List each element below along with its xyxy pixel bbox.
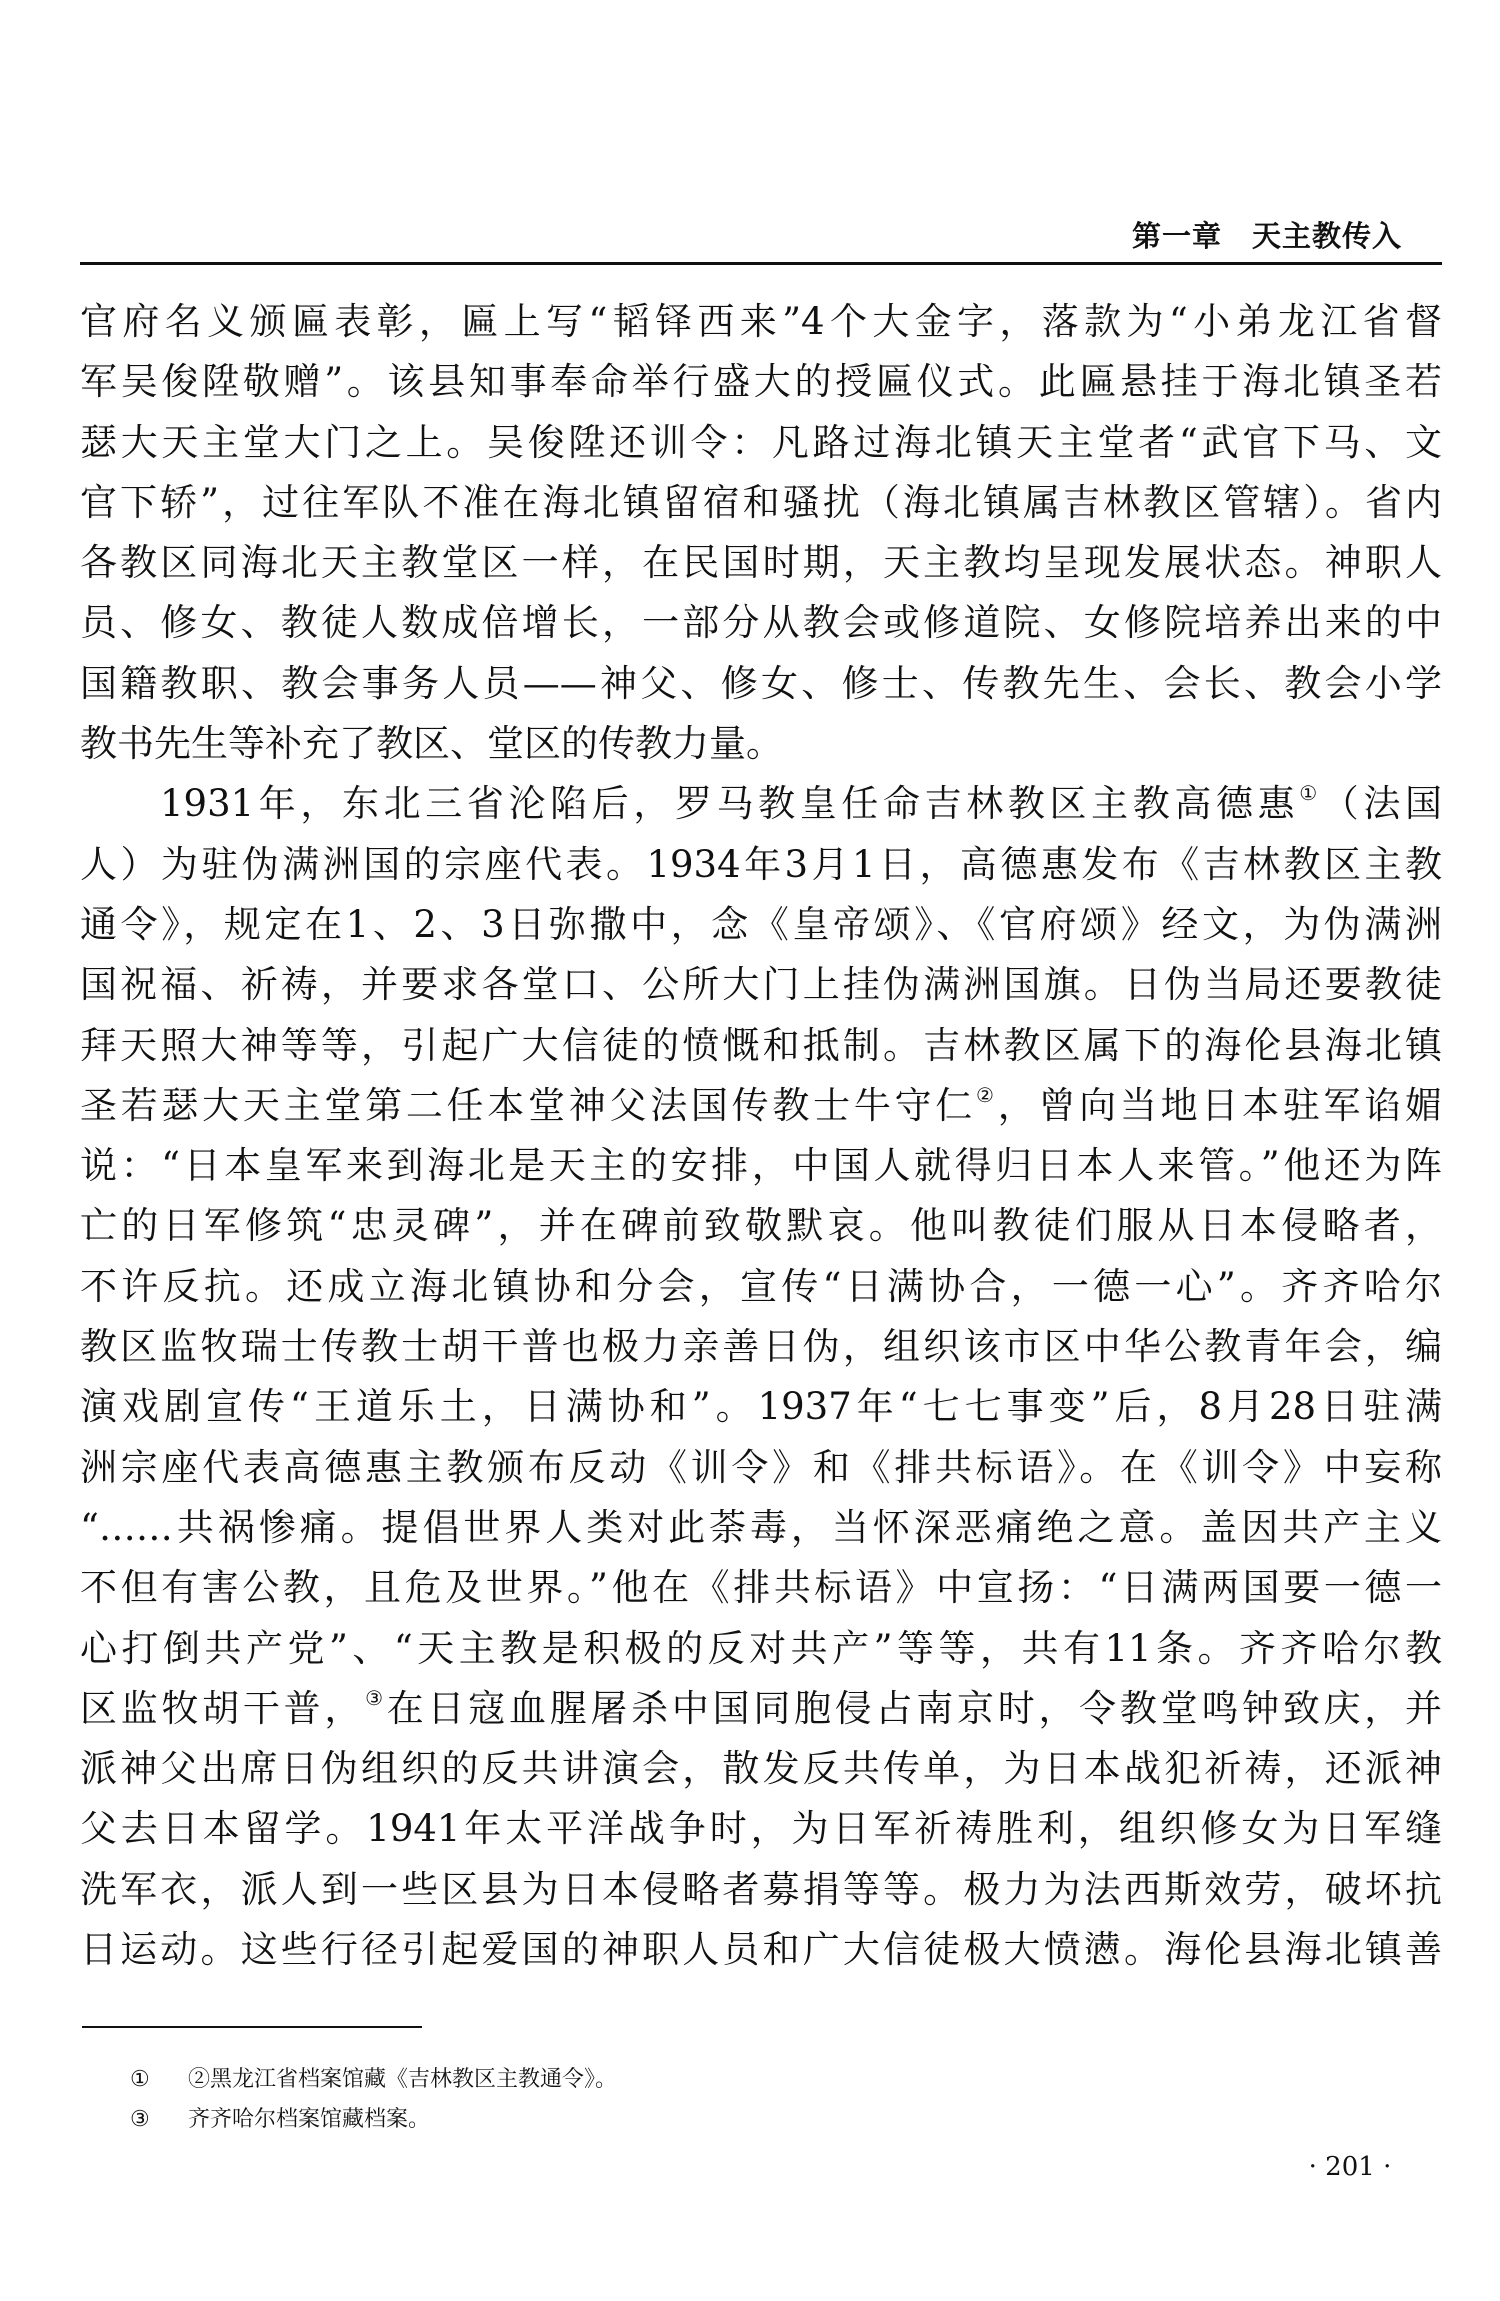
footnote-item: ③ 齐齐哈尔档案馆藏档案。 [130,2100,617,2140]
text-line: 区监牧胡干普，③在日寇血腥屠杀中国同胞侵占南京时，令教堂鸣钟致庆，并 [80,1679,1442,1739]
text-line: 演戏剧宣传“王道乐土，日满协和”。1937年“七七事变”后，8月28日驻满 [80,1377,1442,1437]
footnote-ref-3[interactable]: ③ [365,1686,387,1710]
footnote-rule [82,2026,422,2028]
text-line: 军吴俊陞敬赠”。该县知事奉命举行盛大的授匾仪式。此匾悬挂于海北镇圣若 [80,352,1442,412]
text-segment: （法国 [1322,782,1442,825]
text-segment: 在日寇血腥屠杀中国同胞侵占南京时，令教堂鸣钟致庆，并 [387,1687,1442,1730]
text-line: 瑟大天主堂大门之上。吴俊陞还训令：凡路过海北镇天主堂者“武官下马、文 [80,413,1442,473]
text-line: 国籍教职、教会事务人员——神父、修女、修士、传教先生、会长、教会小学 [80,654,1442,714]
footnote-marker: ① [130,2060,188,2100]
text-line: 通令》，规定在1、2、3日弥撒中，念《皇帝颂》、《官府颂》经文，为伪满洲 [80,895,1442,955]
text-segment: 圣若瑟大天主堂第二任本堂神父法国传教士牛守仁 [80,1084,976,1127]
text-line: 官府名义颁匾表彰，匾上写“韬铎西来”4个大金字，落款为“小弟龙江省督 [80,292,1442,352]
footnote-ref-1[interactable]: ① [1299,781,1322,805]
footnote-marker: ③ [130,2100,188,2140]
text-line: 圣若瑟大天主堂第二任本堂神父法国传教士牛守仁②，曾向当地日本驻军谄媚 [80,1076,1442,1136]
footnote-text: 齐齐哈尔档案馆藏档案。 [188,2100,430,2140]
text-line: 人）为驻伪满洲国的宗座代表。1934年3月1日，高德惠发布《吉林教区主教 [80,835,1442,895]
text-line: 洗军衣，派人到一些区县为日本侵略者募捐等等。极力为法西斯效劳，破坏抗 [80,1860,1442,1920]
text-line: 派神父出席日伪组织的反共讲演会，散发反共传单，为日本战犯祈祷，还派神 [80,1739,1442,1799]
text-line: 日运动。这些行径引起爱国的神职人员和广大信徒极大愤懑。海伦县海北镇善 [80,1920,1442,1980]
footnote-text: ②黑龙江省档案馆藏《吉林教区主教通令》。 [188,2060,617,2100]
text-line: 说：“日本皇军来到海北是天主的安排，中国人就得归日本人来管。”他还为阵 [80,1136,1442,1196]
footnote-ref-2[interactable]: ② [976,1083,998,1107]
text-line: 官下轿”，过往军队不准在海北镇留宿和骚扰（海北镇属吉林教区管辖）。省内 [80,473,1442,533]
text-line: 各教区同海北天主教堂区一样，在民国时期，天主教均呈现发展状态。神职人 [80,533,1442,593]
text-line: 洲宗座代表高德惠主教颁布反动《训令》和《排共标语》。在《训令》中妄称 [80,1438,1442,1498]
body-text: 官府名义颁匾表彰，匾上写“韬铎西来”4个大金字，落款为“小弟龙江省督 军吴俊陞敬… [80,292,1442,1980]
header-rule [80,262,1442,265]
text-segment: 区监牧胡干普， [80,1687,365,1730]
text-line: 国祝福、祈祷，并要求各堂口、公所大门上挂伪满洲国旗。日伪当局还要教徒 [80,955,1442,1015]
footnotes: ① ②黑龙江省档案馆藏《吉林教区主教通令》。 ③ 齐齐哈尔档案馆藏档案。 [130,2060,617,2140]
text-line: 教区监牧瑞士传教士胡干普也极力亲善日伪，组织该市区中华公教青年会，编 [80,1317,1442,1377]
text-line: 不但有害公教，且危及世界。”他在《排共标语》中宣扬：“日满两国要一德一 [80,1558,1442,1618]
text-line: 拜天照大神等等，引起广大信徒的愤慨和抵制。吉林教区属下的海伦县海北镇 [80,1016,1442,1076]
text-line: 教书先生等补充了教区、堂区的传教力量。 [80,714,1442,774]
text-segment: 1931年，东北三省沦陷后，罗马教皇任命吉林教区主教高德惠 [160,782,1299,825]
chapter-title: 第一章 天主教传入 [1132,214,1402,255]
footnote-item: ① ②黑龙江省档案馆藏《吉林教区主教通令》。 [130,2060,617,2100]
text-line: 不许反抗。还成立海北镇协和分会，宣传“日满协合，一德一心”。齐齐哈尔 [80,1257,1442,1317]
text-line: 心打倒共产党”、“天主教是积极的反对共产”等等，共有11条。齐齐哈尔教 [80,1619,1442,1679]
text-line: “……共祸惨痛。提倡世界人类对此荼毒，当怀深恶痛绝之意。盖因共产主义 [80,1498,1442,1558]
page-number: · 201 · [1240,2152,1460,2182]
text-line: 父去日本留学。1941年太平洋战争时，为日军祈祷胜利，组织修女为日军缝 [80,1799,1442,1859]
running-header: 第一章 天主教传入 [80,210,1440,265]
text-line: 亡的日军修筑“忠灵碑”，并在碑前致敬默哀。他叫教徒们服从日本侵略者， [80,1196,1442,1256]
text-segment: ，曾向当地日本驻军谄媚 [998,1084,1442,1127]
text-line: 1931年，东北三省沦陷后，罗马教皇任命吉林教区主教高德惠①（法国 [80,774,1442,834]
text-line: 员、修女、教徒人数成倍增长，一部分从教会或修道院、女修院培养出来的中 [80,593,1442,653]
